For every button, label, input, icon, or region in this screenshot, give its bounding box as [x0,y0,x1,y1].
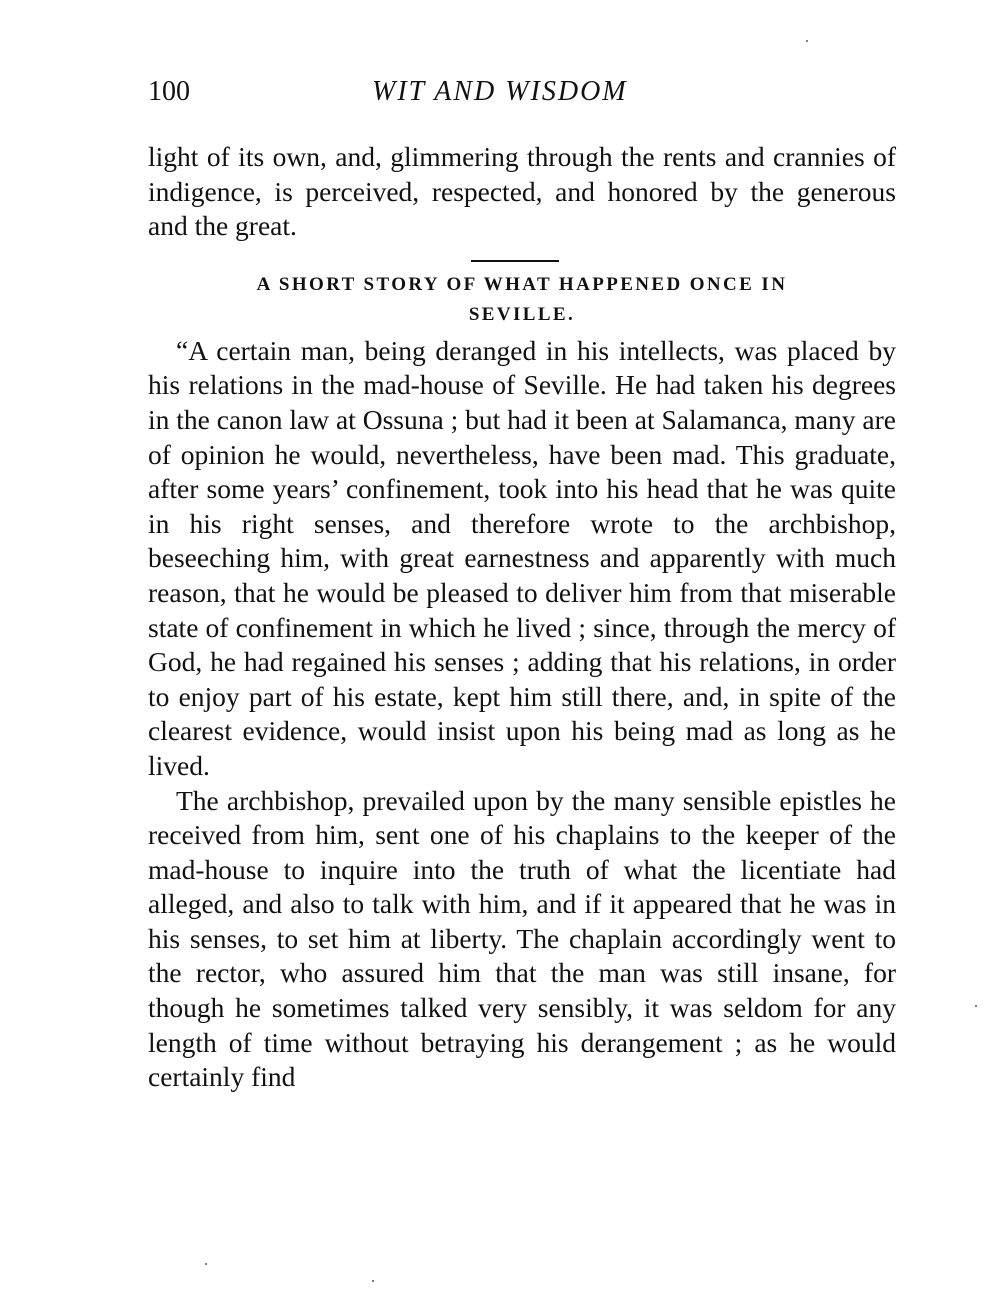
section-heading: A SHORT STORY OF WHAT HAPPENED ONCE IN S… [148,270,896,330]
page-number: 100 [148,72,190,112]
book-page: 100 WIT AND WISDOM light of its own, and… [148,72,896,1095]
scan-speck [205,1263,207,1265]
running-head: 100 WIT AND WISDOM [148,72,896,112]
section-heading-line-1: A SHORT STORY OF WHAT HAPPENED ONCE IN [148,270,896,300]
continuation-text: light of its own, and, glimmering throug… [148,140,896,244]
story-paragraph-2: The archbishop, prevailed upon by the ma… [148,784,896,1095]
section-heading-line-2: SEVILLE. [148,300,896,330]
scan-speck [806,40,808,42]
running-title: WIT AND WISDOM [372,72,628,112]
continuation-paragraph: light of its own, and, glimmering throug… [148,140,896,244]
section-divider [471,260,559,262]
story-paragraph-1: “A certain man, being deranged in his in… [148,334,896,784]
scan-speck [975,1005,977,1007]
scan-speck [372,1280,374,1282]
story-text: “A certain man, being deranged in his in… [148,334,896,1095]
